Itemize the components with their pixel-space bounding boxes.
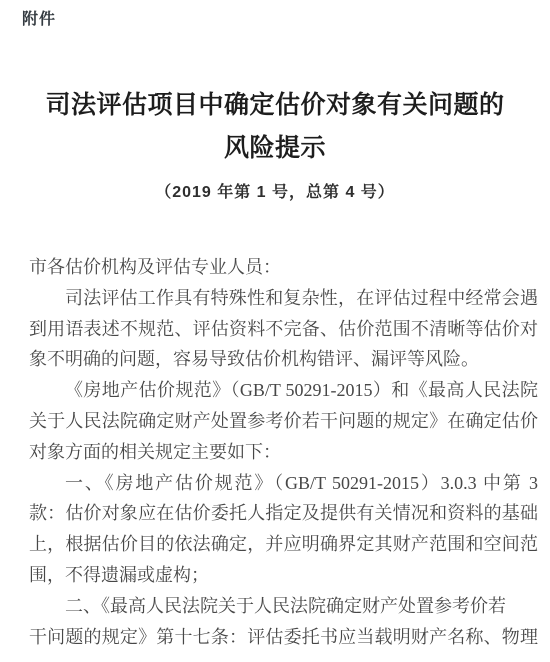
document-title-line-2: 风险提示 — [10, 127, 540, 170]
body-line: 一、《房地产估价规范》（GB/T 50291-2015）3.0.3 中第 3 — [29, 468, 538, 499]
body-line-salutation: 市各估价机构及评估专业人员： — [29, 252, 538, 283]
document-page: 附件 司法评估项目中确定估价对象有关问题的 风险提示 （2019 年第 1 号，… — [0, 0, 550, 662]
body-line: 对象方面的相关规定主要如下： — [29, 437, 538, 468]
body-line: 上，根据估价目的依法确定，并应明确界定其财产范围和空间范 — [29, 529, 538, 560]
document-title: 司法评估项目中确定估价对象有关问题的 风险提示 — [10, 84, 540, 170]
body-line: 干问题的规定》第十七条：评估委托书应当载明财产名称、物理 — [29, 622, 538, 653]
document-body: 市各估价机构及评估专业人员： 司法评估工作具有特殊性和复杂性，在评估过程中经常会… — [0, 252, 550, 652]
body-line: 款：估价对象应在估价委托人指定及提供有关情况和资料的基础 — [29, 498, 538, 529]
document-title-line-1: 司法评估项目中确定估价对象有关问题的 — [10, 84, 540, 127]
body-line: 围，不得遗漏或虚构； — [29, 560, 538, 591]
body-line: 《房地产估价规范》（GB/T 50291-2015）和《最高人民法院 — [29, 375, 538, 406]
attachment-label: 附件 — [0, 0, 550, 30]
body-line: 二、《最高人民法院关于人民法院确定财产处置参考价若 — [29, 591, 538, 622]
body-line: 关于人民法院确定财产处置参考价若干问题的规定》在确定估价 — [29, 406, 538, 437]
body-line: 司法评估工作具有特殊性和复杂性，在评估过程中经常会遇 — [29, 283, 538, 314]
body-line: 到用语表述不规范、评估资料不完备、估价范围不清晰等估价对 — [29, 314, 538, 345]
issue-number: （2019 年第 1 号，总第 4 号） — [0, 182, 550, 204]
body-line: 象不明确的问题，容易导致估价机构错评、漏评等风险。 — [29, 344, 538, 375]
